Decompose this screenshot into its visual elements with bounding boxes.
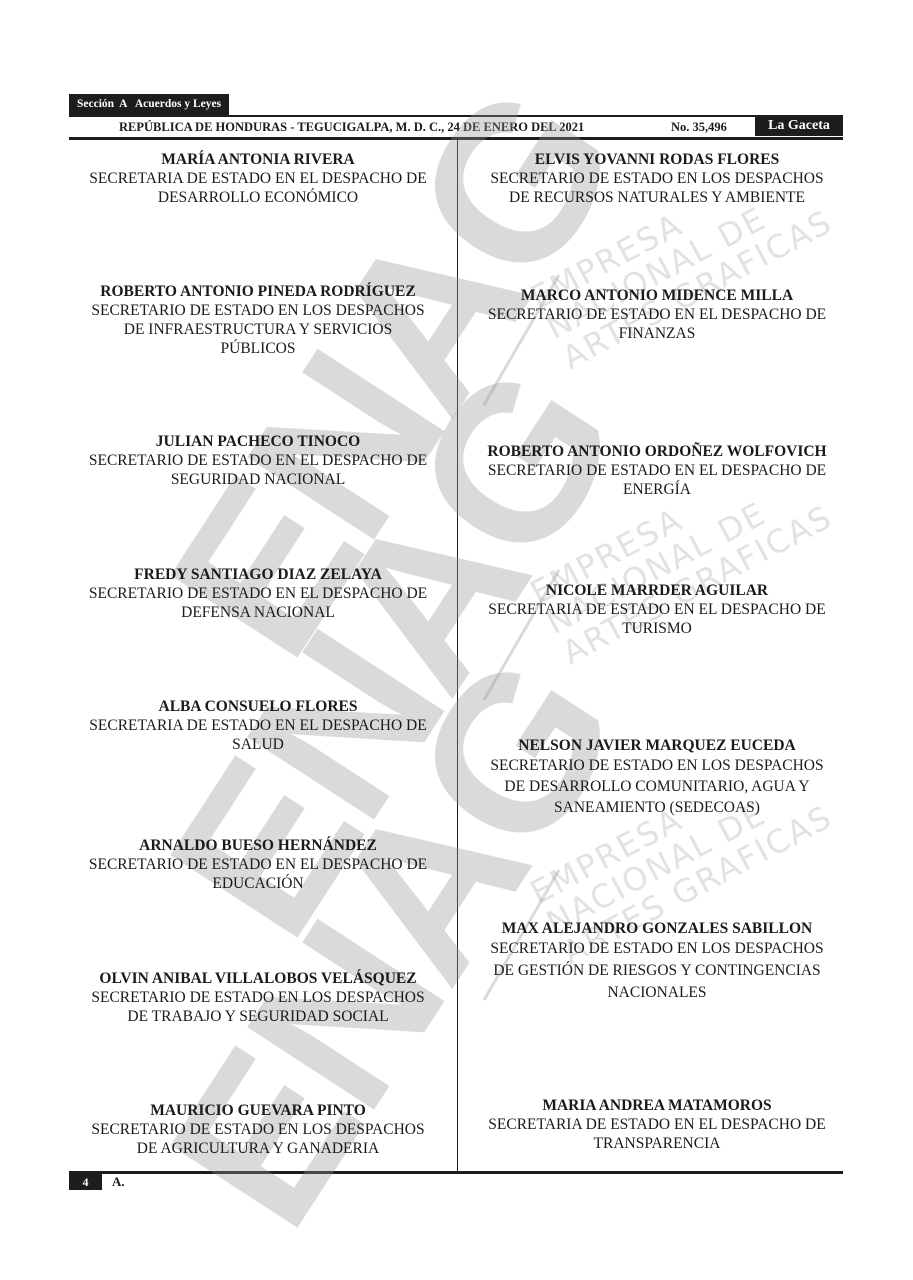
signatory-entry: ROBERTO ANTONIO ORDOÑEZ WOLFOVICH SECRET… (467, 442, 847, 499)
signatory-name: ELVIS YOVANNI RODAS FLORES (467, 150, 847, 169)
signatory-name: FREDY SANTIAGO DIAZ ZELAYA (68, 565, 448, 584)
signatory-name: ROBERTO ANTONIO ORDOÑEZ WOLFOVICH (467, 442, 847, 461)
signatory-title: SECRETARIO DE ESTADO EN EL DESPACHO DE F… (467, 305, 847, 343)
signatory-entry: MARÍA ANTONIA RIVERA SECRETARIA DE ESTAD… (68, 150, 448, 207)
signatory-name: MAX ALEJANDRO GONZALES SABILLON (467, 919, 847, 938)
signatory-title: SECRETARIO DE ESTADO EN LOS DESPACHOS DE… (68, 301, 448, 358)
signatory-entry: NELSON JAVIER MARQUEZ EUCEDA SECRETARIO … (467, 736, 847, 818)
signatory-entry: ROBERTO ANTONIO PINEDA RODRÍGUEZ SECRETA… (68, 282, 448, 358)
signatory-title: SECRETARIO DE ESTADO EN LOS DESPACHOS DE… (68, 1120, 448, 1158)
signatory-name: NELSON JAVIER MARQUEZ EUCEDA (467, 736, 847, 755)
signatory-title: SECRETARIO DE ESTADO EN EL DESPACHO DE D… (68, 584, 448, 622)
signatory-name: ARNALDO BUESO HERNÁNDEZ (68, 836, 448, 855)
signatory-entry: MAX ALEJANDRO GONZALES SABILLON SECRETAR… (467, 919, 847, 1004)
signatory-entry: MAURICIO GUEVARA PINTO SECRETARIO DE EST… (68, 1101, 448, 1158)
signatory-name: MARÍA ANTONIA RIVERA (68, 150, 448, 169)
issue-number: No. 35,496 (671, 117, 727, 137)
page-number: 4 (69, 1174, 102, 1190)
signatory-name: ROBERTO ANTONIO PINEDA RODRÍGUEZ (68, 282, 448, 301)
signatory-name: OLVIN ANIBAL VILLALOBOS VELÁSQUEZ (68, 969, 448, 988)
signatory-entry: JULIAN PACHECO TINOCO SECRETARIO DE ESTA… (68, 432, 448, 489)
signatory-name: MARCO ANTONIO MIDENCE MILLA (467, 286, 847, 305)
signatory-entry: ALBA CONSUELO FLORES SECRETARIA DE ESTAD… (68, 697, 448, 754)
signatory-entry: FREDY SANTIAGO DIAZ ZELAYA SECRETARIO DE… (68, 565, 448, 622)
signatory-entry: ARNALDO BUESO HERNÁNDEZ SECRETARIO DE ES… (68, 836, 448, 893)
signatory-title: SECRETARIA DE ESTADO EN EL DESPACHO DE T… (467, 1115, 847, 1153)
signatory-title: SECRETARIA DE ESTADO EN EL DESPACHO DE T… (467, 600, 847, 638)
page-section-suffix: A. (112, 1174, 125, 1190)
signatory-entry: NICOLE MARRDER AGUILAR SECRETARIA DE EST… (467, 581, 847, 638)
signatory-title: SECRETARIO DE ESTADO EN LOS DESPACHOS DE… (467, 938, 847, 1004)
signatory-entry: MARCO ANTONIO MIDENCE MILLA SECRETARIO D… (467, 286, 847, 343)
signatory-name: JULIAN PACHECO TINOCO (68, 432, 448, 451)
signatory-title: SECRETARIO DE ESTADO EN EL DESPACHO DE E… (467, 461, 847, 499)
signatory-entry: MARIA ANDREA MATAMOROS SECRETARIA DE EST… (467, 1096, 847, 1153)
signatory-title: SECRETARIO DE ESTADO EN LOS DESPACHOS DE… (467, 169, 847, 207)
signatory-name: NICOLE MARRDER AGUILAR (467, 581, 847, 600)
publication-name: La Gaceta (755, 116, 843, 136)
section-tab: Sección A Acuerdos y Leyes (69, 94, 229, 115)
signatory-title: SECRETARIO DE ESTADO EN EL DESPACHO DE S… (68, 451, 448, 489)
signatory-entry: ELVIS YOVANNI RODAS FLORES SECRETARIO DE… (467, 150, 847, 207)
signatory-title: SECRETARIO DE ESTADO EN LOS DESPACHOS DE… (467, 755, 847, 818)
signatory-name: MARIA ANDREA MATAMOROS (467, 1096, 847, 1115)
signatory-title: SECRETARIA DE ESTADO EN EL DESPACHO DE S… (68, 716, 448, 754)
signatory-name: MAURICIO GUEVARA PINTO (68, 1101, 448, 1120)
signatory-name: ALBA CONSUELO FLORES (68, 697, 448, 716)
signatory-entry: OLVIN ANIBAL VILLALOBOS VELÁSQUEZ SECRET… (68, 969, 448, 1026)
signatory-title: SECRETARIO DE ESTADO EN LOS DESPACHOS DE… (68, 988, 448, 1026)
signatory-title: SECRETARIA DE ESTADO EN EL DESPACHO DE D… (68, 169, 448, 207)
signatory-title: SECRETARIO DE ESTADO EN EL DESPACHO DE E… (68, 855, 448, 893)
